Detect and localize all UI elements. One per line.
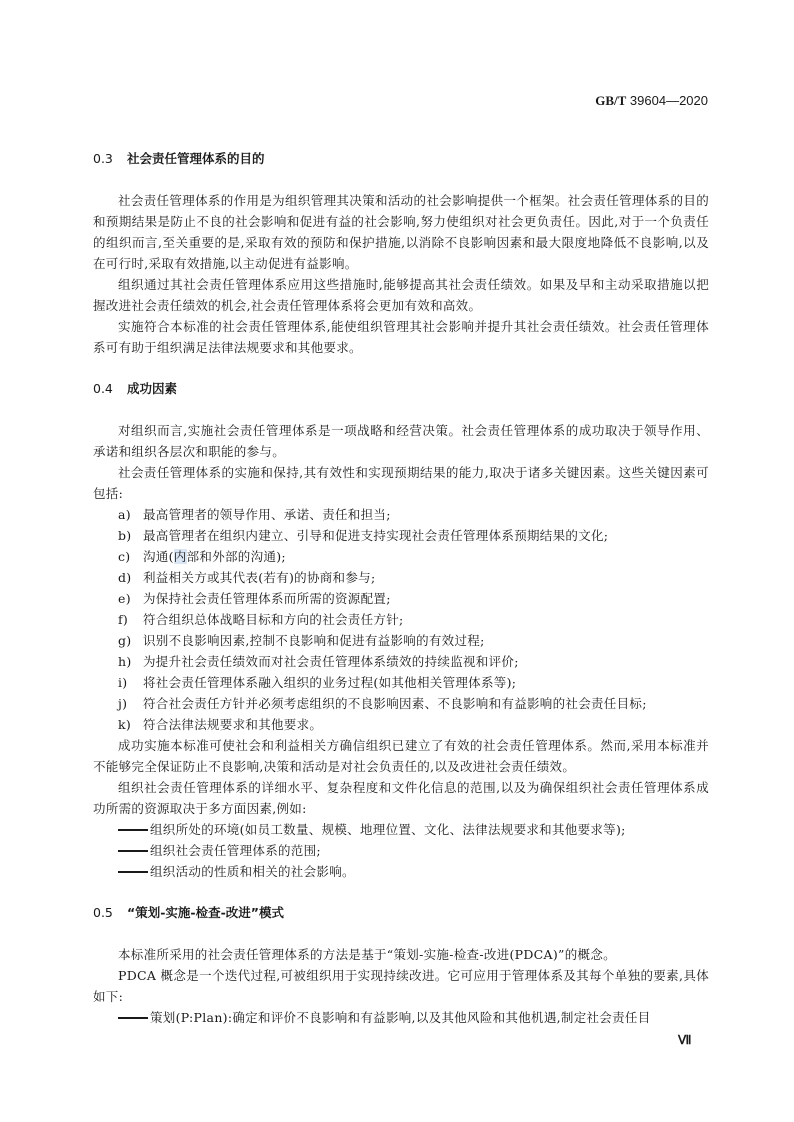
paragraph: 组织通过其社会责任管理体系应用这些措施时,能够提高其社会责任绩效。如果及早和主动… bbox=[93, 274, 709, 316]
dash-list-item: 组织所处的环境(如员工数量、规模、地理位置、文化、法律法规要求和其他要求等); bbox=[93, 819, 709, 840]
document-body: 0.3社会责任管理体系的目的 社会责任管理体系的作用是为组织管理其决策和活动的社… bbox=[93, 148, 709, 1028]
paragraph: 对组织而言,实施社会责任管理体系是一项战略和经营决策。社会责任管理体系的成功取决… bbox=[93, 420, 709, 462]
em-dash-icon bbox=[118, 1017, 148, 1019]
paragraph: 成功实施本标准可使社会和利益相关方确信组织已建立了有效的社会责任管理体系。然而,… bbox=[93, 735, 709, 777]
section-number: 0.3 bbox=[93, 148, 127, 170]
dash-list-item: 策划(P:Plan):确定和评价不良影响和有益影响,以及其他风险和其他机遇,制定… bbox=[93, 1007, 709, 1028]
paragraph: 社会责任管理体系的实施和保持,其有效性和实现预期结果的能力,取决于诸多关键因素。… bbox=[93, 462, 709, 504]
section-heading-0-5: 0.5“策划-实施-检查-改进”模式 bbox=[93, 902, 709, 924]
text-selection-highlight: 内 bbox=[174, 549, 187, 564]
list-item: k)符合法律法规要求和其他要求。 bbox=[93, 714, 709, 735]
standard-number: 39604—2020 bbox=[630, 93, 708, 108]
section-number: 0.5 bbox=[93, 902, 127, 924]
list-item: e)为保持社会责任管理体系而所需的资源配置; bbox=[93, 588, 709, 609]
section-title: 社会责任管理体系的目的 bbox=[127, 151, 265, 166]
list-item: d)利益相关方或其代表(若有)的协商和参与; bbox=[93, 567, 709, 588]
list-item: j)符合社会责任方针并必须考虑组织的不良影响因素、不良影响和有益影响的社会责任目… bbox=[93, 693, 709, 714]
list-item: i)将社会责任管理体系融入组织的业务过程(如其他相关管理体系等); bbox=[93, 672, 709, 693]
list-item: c)沟通(内部和外部的沟通); bbox=[93, 546, 709, 567]
paragraph: 本标准所采用的社会责任管理体系的方法是基于“策划-实施-检查-改进(PDCA)”… bbox=[93, 944, 709, 965]
list-item: a)最高管理者的领导作用、承诺、责任和担当; bbox=[93, 504, 709, 525]
paragraph: 实施符合本标准的社会责任管理体系,能使组织管理其社会影响并提升其社会责任绩效。社… bbox=[93, 316, 709, 358]
dash-list-item: 组织社会责任管理体系的范围; bbox=[93, 840, 709, 861]
paragraph: 组织社会责任管理体系的详细水平、复杂程度和文件化信息的范围,以及为确保组织社会责… bbox=[93, 777, 709, 819]
list-item: g)识别不良影响因素,控制不良影响和促进有益影响的有效过程; bbox=[93, 630, 709, 651]
paragraph: 社会责任管理体系的作用是为组织管理其决策和活动的社会影响提供一个框架。社会责任管… bbox=[93, 190, 709, 274]
list-item: h)为提升社会责任绩效而对社会责任管理体系绩效的持续监视和评价; bbox=[93, 651, 709, 672]
section-heading-0-3: 0.3社会责任管理体系的目的 bbox=[93, 148, 709, 170]
em-dash-icon bbox=[118, 850, 148, 852]
list-item: f)符合组织总体战略目标和方向的社会责任方针; bbox=[93, 609, 709, 630]
em-dash-icon bbox=[118, 871, 148, 873]
em-dash-icon bbox=[118, 829, 148, 831]
page-number: Ⅶ bbox=[678, 1033, 691, 1048]
section-title: “策划-实施-检查-改进”模式 bbox=[127, 905, 284, 920]
key-factors-list: a)最高管理者的领导作用、承诺、责任和担当; b)最高管理者在组织内建立、引导和… bbox=[93, 504, 709, 735]
section-number: 0.4 bbox=[93, 378, 127, 400]
dash-list-item: 组织活动的性质和相关的社会影响。 bbox=[93, 861, 709, 882]
list-item: b)最高管理者在组织内建立、引导和促进支持实现社会责任管理体系预期结果的文化; bbox=[93, 525, 709, 546]
section-heading-0-4: 0.4成功因素 bbox=[93, 378, 709, 400]
paragraph: PDCA 概念是一个迭代过程,可被组织用于实现持续改进。它可应用于管理体系及其每… bbox=[93, 965, 709, 1007]
standard-code: GB/T 39604—2020 bbox=[595, 93, 708, 109]
section-title: 成功因素 bbox=[127, 381, 177, 396]
factors-dash-list: 组织所处的环境(如员工数量、规模、地理位置、文化、法律法规要求和其他要求等); … bbox=[93, 819, 709, 882]
standard-prefix: GB/T bbox=[595, 93, 626, 108]
